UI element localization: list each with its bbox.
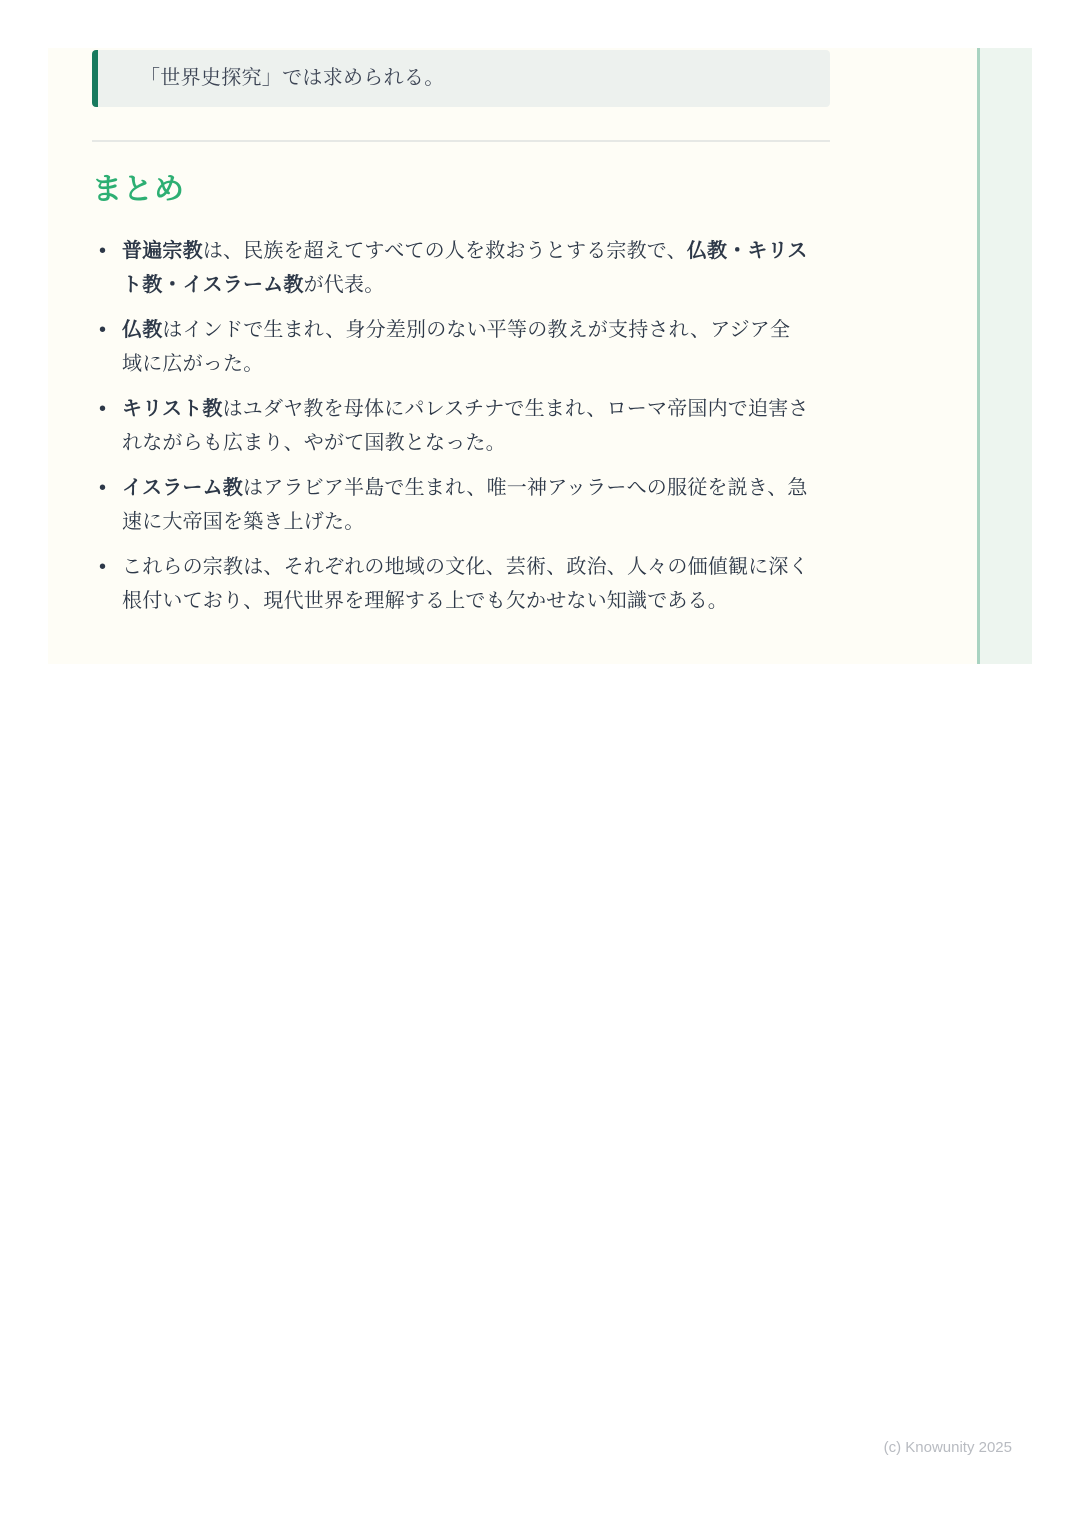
document-content: 「世界史探究」では求められる。 まとめ 普遍宗教は、民族を超えてすべての人を救お… bbox=[92, 48, 830, 629]
text-segment: は、民族を超えてすべての人を救おうとする宗教で、 bbox=[203, 240, 687, 262]
term-bold: 仏教 bbox=[122, 319, 162, 341]
list-item: 普遍宗教は、民族を超えてすべての人を救おうとする宗教で、仏教・キリスト教・イスラ… bbox=[92, 234, 830, 302]
text-segment: はユダヤ教を母体にパレスチナで生まれ、ローマ帝国内で迫害されながらも広まり、やが… bbox=[122, 398, 809, 454]
text-segment: はインドで生まれ、身分差別のない平等の教えが支持され、アジア全域に広がった。 bbox=[122, 319, 790, 375]
list-item: キリスト教はユダヤ教を母体にパレスチナで生まれ、ローマ帝国内で迫害されながらも広… bbox=[92, 392, 830, 460]
section-divider bbox=[92, 140, 830, 142]
list-item: イスラーム教はアラビア半島で生まれ、唯一神アッラーへの服従を説き、急速に大帝国を… bbox=[92, 471, 830, 539]
term-bold: イスラーム教 bbox=[122, 477, 243, 499]
summary-heading: まとめ bbox=[92, 172, 830, 208]
copyright-footer: (c) Knowunity 2025 bbox=[884, 1439, 1012, 1456]
list-item: 仏教はインドで生まれ、身分差別のない平等の教えが支持され、アジア全域に広がった。 bbox=[92, 313, 830, 381]
document-viewer-page: 「世界史探究」では求められる。 まとめ 普遍宗教は、民族を超えてすべての人を救お… bbox=[0, 0, 1080, 1528]
right-accent-strip bbox=[977, 48, 1032, 664]
quote-text: 「世界史探究」では求められる。 bbox=[140, 65, 806, 92]
term-bold: 普遍宗教 bbox=[122, 240, 203, 262]
document-sheet: 「世界史探究」では求められる。 まとめ 普遍宗教は、民族を超えてすべての人を救お… bbox=[48, 48, 1032, 664]
list-item: これらの宗教は、それぞれの地域の文化、芸術、政治、人々の価値観に深く根付いており… bbox=[92, 550, 830, 618]
summary-list: 普遍宗教は、民族を超えてすべての人を救おうとする宗教で、仏教・キリスト教・イスラ… bbox=[92, 234, 830, 618]
text-segment: これらの宗教は、それぞれの地域の文化、芸術、政治、人々の価値観に深く根付いており… bbox=[122, 556, 809, 612]
text-segment: が代表。 bbox=[304, 274, 385, 296]
term-bold: キリスト教 bbox=[122, 398, 223, 420]
quote-callout: 「世界史探究」では求められる。 bbox=[92, 50, 830, 107]
